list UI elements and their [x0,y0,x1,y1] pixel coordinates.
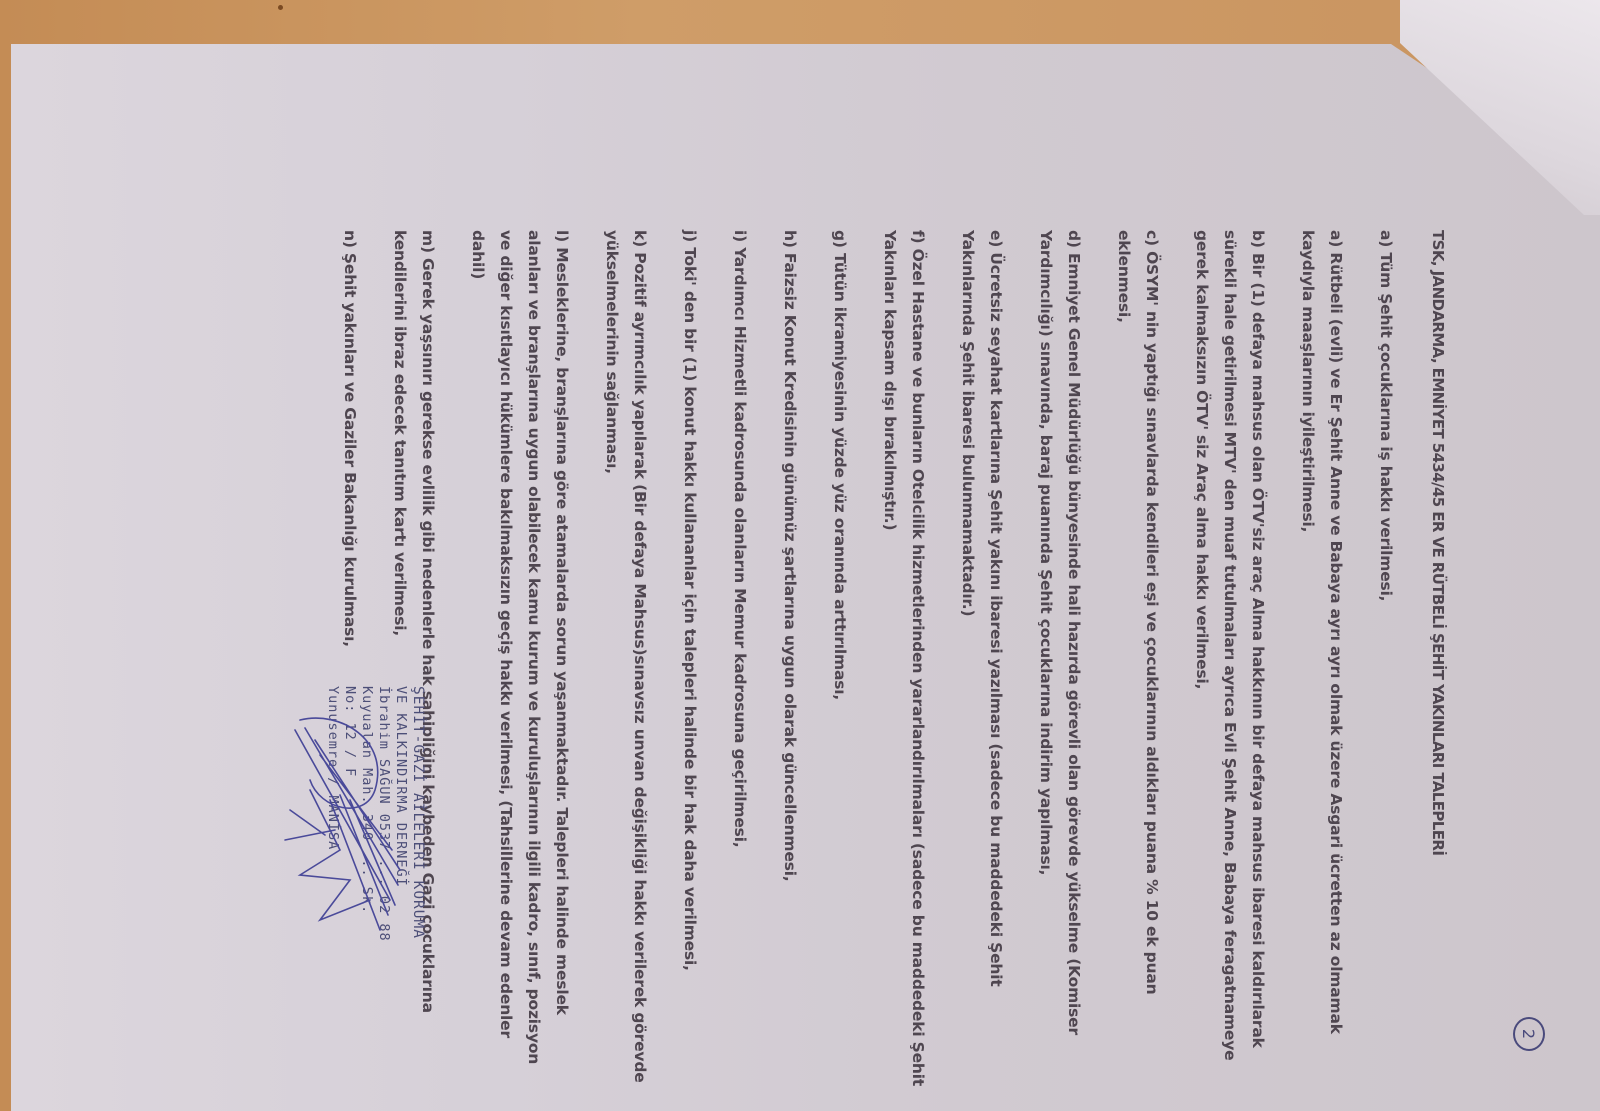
request-item-line: Yakınlarında Şehit ibaresi bulunmamaktad… [954,230,982,1090]
request-item-line: yükselmelerinin sağlanması, [598,230,626,1090]
request-item-line: sürekli hale getirilmesi MTV' den muaf t… [1216,230,1244,1090]
request-item-line: ve diğer kısıtlayıcı hükümlere bakılmaks… [492,230,520,1090]
request-item: a) Tüm Şehit çocuklarına iş hakkı verilm… [1372,230,1400,1090]
stamp-line: VE KALKINDIRMA DERNEĞİ [392,686,409,946]
request-item: k) Pozitif ayrımcılık yapılarak (Bir def… [598,230,654,1090]
request-item: d) Emniyet Genel Müdürlüğü bünyesinde ha… [1032,230,1088,1090]
request-item-line: gerek kalmaksızın ÖTV' siz Araç alma hak… [1188,230,1216,1090]
request-item: a) Rütbeli (evli) ve Er Şehit Anne ve Ba… [1294,230,1350,1090]
desk-spot [278,5,283,10]
request-item: n) Şehit yakınları ve Gaziler Bakanlığı … [336,230,364,1090]
request-item-line: f) Özel Hastane ve bunların Otelcilik hi… [904,230,932,1090]
request-item: g) Tütün ikramiyesinin yüzde yüz oranınd… [826,230,854,1090]
request-item-line: kaydıyla maaşlarının iyileştirilmesi, [1294,230,1322,1090]
association-stamp: ŞEHİT-GAZİ AİLELERİ KORUMA VE KALKINDIRM… [276,686,426,946]
request-item-line: l) Mesleklerine, branşlarına göre atamal… [548,230,576,1090]
request-item-line: m) Gerek yaşsınırı gerekse evlilik gibi … [414,230,442,1090]
request-list: a) Tüm Şehit çocuklarına iş hakkı verilm… [336,230,1400,1090]
request-item: j) Toki' den bir (1) konut hakkı kullana… [676,230,704,1090]
request-item-line: i) Yardımcı Hizmetli kadrosunda olanları… [726,230,754,1090]
request-item-line: dahil) [464,230,492,1090]
request-item: h) Faizsiz Konut Kredisinin günümüz şart… [776,230,804,1090]
request-item-line: c) ÖSYM' nin yaptığı sınavlarda kendiler… [1138,230,1166,1090]
stamp-line: İbrahim SAĞUN 0537 ... 02 88 [375,686,392,946]
request-item-line: j) Toki' den bir (1) konut hakkı kullana… [676,230,704,1090]
request-item-line: eklenmesi, [1110,230,1138,1090]
document-page: TSK, JANDARMA, EMNİYET 5434/45 ER VE RÜT… [11,44,1600,1111]
request-item-line: Yardımcılığı) sınavında, baraj puanında … [1032,230,1060,1090]
page-number: 2 [1513,1017,1545,1051]
request-item-line: alanları ve branşlarına uygun olabilecek… [520,230,548,1090]
request-item-line: a) Tüm Şehit çocuklarına iş hakkı verilm… [1372,230,1400,1090]
request-item-line: b) Bir (1) defaya mahsus olan ÖTV'siz ar… [1244,230,1272,1090]
request-item-line: n) Şehit yakınları ve Gaziler Bakanlığı … [336,230,364,1090]
stamp-line: Yunusemre / MANİSA [324,686,341,946]
request-item-line: k) Pozitif ayrımcılık yapılarak (Bir def… [626,230,654,1090]
request-item-line: Yakınları kapsam dışı bırakılmıştır.) [876,230,904,1090]
request-item: c) ÖSYM' nin yaptığı sınavlarda kendiler… [1110,230,1166,1090]
request-item: m) Gerek yaşsınırı gerekse evlilik gibi … [386,230,442,1090]
request-item: b) Bir (1) defaya mahsus olan ÖTV'siz ar… [1188,230,1272,1090]
stamp-line: Kuyualan Mah. 340 ... Sk. No: 12 / F [341,686,375,946]
request-item-line: g) Tütün ikramiyesinin yüzde yüz oranınd… [826,230,854,1090]
request-item: e) Ücretsiz seyahat kartlarına Şehit yak… [954,230,1010,1090]
request-item: f) Özel Hastane ve bunların Otelcilik hi… [876,230,932,1090]
request-item-line: d) Emniyet Genel Müdürlüğü bünyesinde ha… [1060,230,1088,1090]
request-item: l) Mesleklerine, branşlarına göre atamal… [464,230,576,1090]
document-body: TSK, JANDARMA, EMNİYET 5434/45 ER VE RÜT… [314,230,1452,1090]
request-item-line: h) Faizsiz Konut Kredisinin günümüz şart… [776,230,804,1090]
request-item-line: e) Ücretsiz seyahat kartlarına Şehit yak… [982,230,1010,1090]
request-item: i) Yardımcı Hizmetli kadrosunda olanları… [726,230,754,1090]
stamp-line: ŞEHİT-GAZİ AİLELERİ KORUMA [409,686,426,946]
document-title: TSK, JANDARMA, EMNİYET 5434/45 ER VE RÜT… [1424,230,1452,1090]
request-item-line: kendilerini ibraz edecek tanıtım kartı v… [386,230,414,1090]
request-item-line: a) Rütbeli (evli) ve Er Şehit Anne ve Ba… [1322,230,1350,1090]
